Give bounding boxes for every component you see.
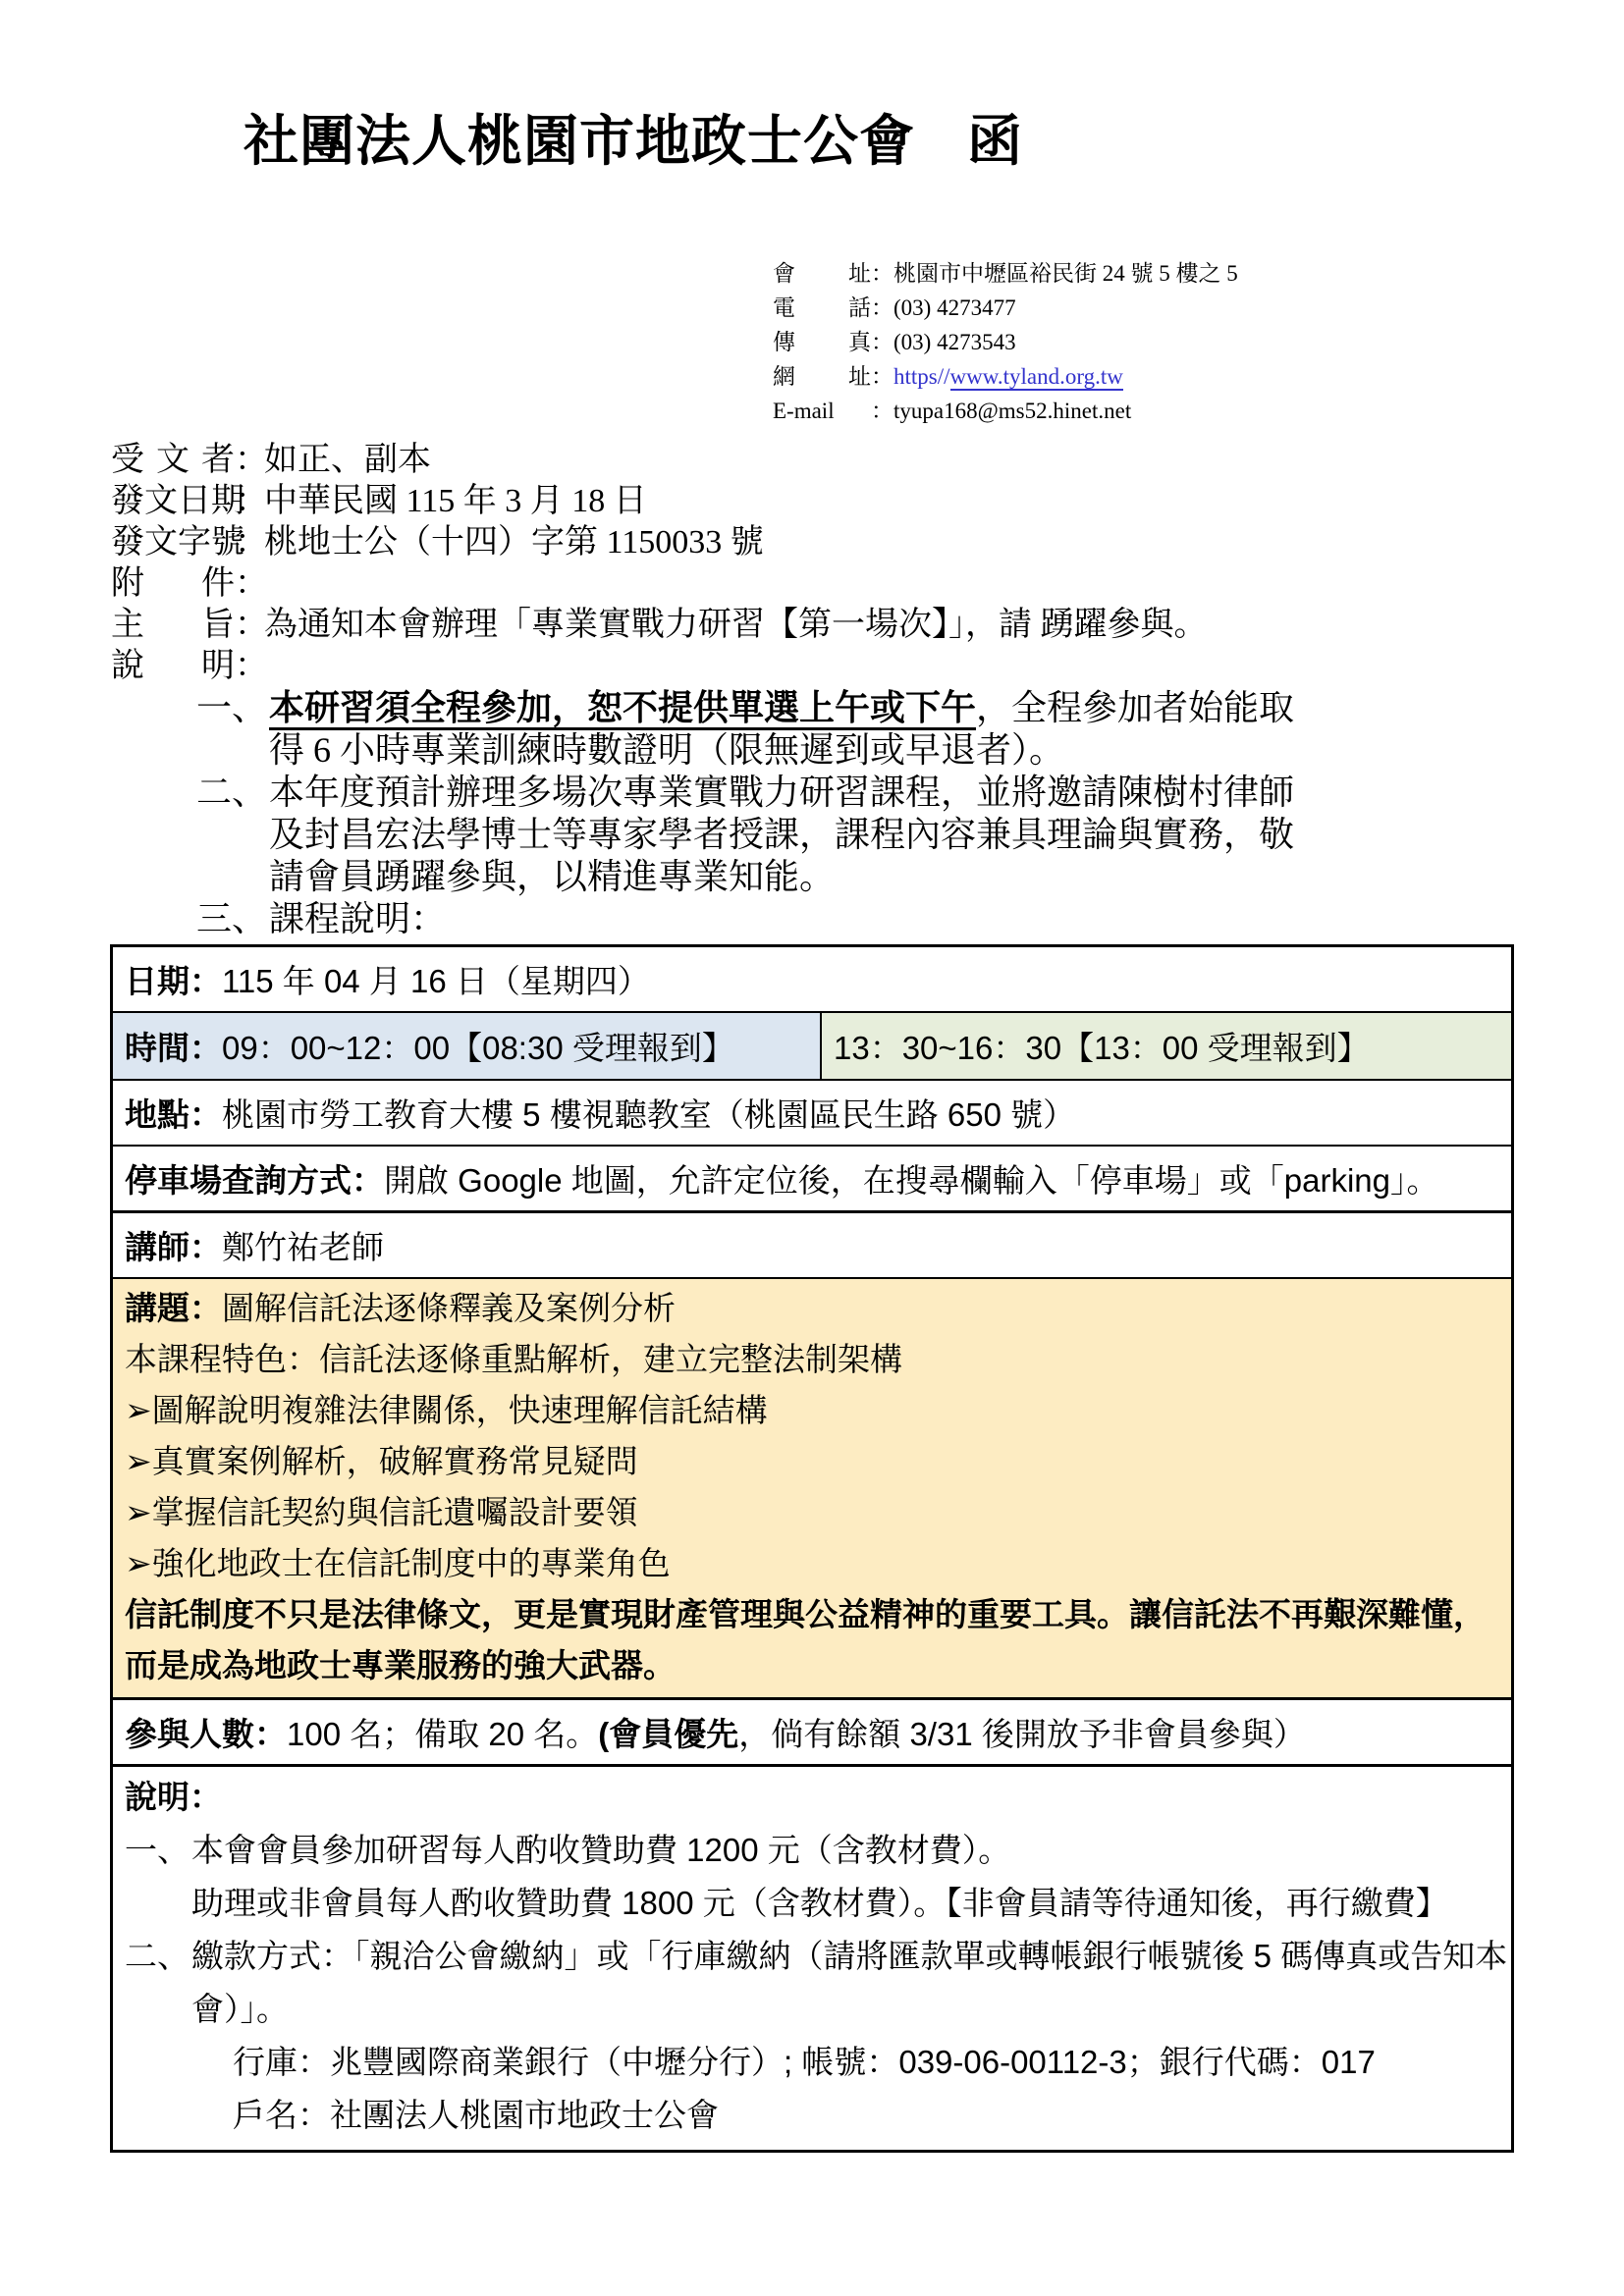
highlight-line-2: 而是成為地政士專業服務的強大武器。 — [125, 1640, 1499, 1691]
note-item-1: 一、 本研習須全程參加，恕不提供單選上午或下午，全程參加者始能取 得 6 小時專… — [196, 687, 1542, 772]
remarks-block: 說明： 一、本會會員參加研習每人酌收贊助費 1200 元（含教材費）。 助理或非… — [113, 1764, 1511, 2150]
note-2-line-3: 請會員踴躍參與，以精進專業知能。 — [269, 856, 1542, 898]
remark-1-number: 一、 — [125, 1824, 191, 1877]
highlight-line-1: 信託制度不只是法律條文，更是實現財產管理與公益精神的重要工具。讓信託法不再艱深難… — [125, 1589, 1499, 1640]
attachment-line: 附件： — [111, 563, 1544, 605]
topic-label: 講題： — [125, 1290, 222, 1326]
contact-block: 會址：桃園市中壢區裕民街 24 號 5 樓之 5 電話：(03) 4273477… — [773, 256, 1238, 428]
phone-value: (03) 4273477 — [893, 295, 1016, 320]
participants-note: ，倘有餘額 3/31 後開放予非會員參與） — [738, 1716, 1306, 1752]
time-afternoon-cell: 13：30~16：30【13：00 受理報到】 — [822, 1013, 1511, 1079]
note-2-body: 本年度預計辦理多場次專業實戰力研習課程，並將邀請陳樹村律師 及封昌宏法學博士等專… — [269, 772, 1542, 898]
remarks-heading: 說明： — [125, 1771, 1499, 1824]
feature-item: ➢強化地政士在信託制度中的專業角色 — [125, 1538, 1499, 1589]
note-1-line-1: 本研習須全程參加，恕不提供單選上午或下午，全程參加者始能取 — [269, 687, 1542, 729]
subject-value: 為通知本會辦理「專業實戰力研習【第一場次】」，請 踴躍參與。 — [264, 607, 1208, 643]
arrow-bullet-icon: ➢ — [125, 1443, 152, 1479]
note-2-line-2: 及封昌宏法學博士等專家學者授課，課程內容兼具理論與實務，敬 — [269, 814, 1542, 856]
address-value: 桃園市中壢區裕民街 24 號 5 樓之 5 — [893, 261, 1238, 286]
course-table: 日期：115 年 04 月 16 日（星期四） 時間：09：00~12：00【0… — [110, 944, 1514, 2153]
note-2-line-1: 本年度預計辦理多場次專業實戰力研習課程，並將邀請陳樹村律師 — [269, 772, 1542, 814]
participants-label: 參與人數： — [125, 1716, 287, 1752]
website-link[interactable]: www.tyland.org.tw — [950, 364, 1123, 391]
contact-fax-line: 傳真：(03) 4273543 — [773, 325, 1238, 359]
date-label: 日期： — [125, 963, 222, 999]
contact-phone-line: 電話：(03) 4273477 — [773, 291, 1238, 325]
participants-row: 參與人數：100 名；備取 20 名。(會員優先，倘有餘額 3/31 後開放予非… — [113, 1697, 1511, 1764]
remark-2-continuation: 會）」。 — [125, 1983, 1499, 2036]
note-1-line-2: 得 6 小時專業訓練時數證明（限無遲到或早退者）。 — [269, 729, 1542, 772]
recipient-line: 受文者：如正、副本 — [111, 440, 1544, 481]
note-1-number: 一、 — [196, 687, 269, 729]
colon: ： — [871, 364, 893, 389]
website-protocol: https// — [893, 364, 950, 389]
contact-address-line: 會址：桃園市中壢區裕民街 24 號 5 樓之 5 — [773, 256, 1238, 291]
phone-label: 電話 — [773, 291, 871, 325]
arrow-bullet-icon: ➢ — [125, 1494, 152, 1530]
recipient-value: 如正、副本 — [264, 442, 431, 478]
arrow-bullet-icon: ➢ — [125, 1545, 152, 1581]
issue-date-label: 發文日期 — [111, 481, 235, 522]
attachment-label: 附件 — [111, 563, 235, 605]
org-title: 社團法人桃園市地政士公會 — [244, 98, 915, 177]
parking-value: 開啟 Google 地圖，允許定位後，在搜尋欄輸入「停車場」或「parking」… — [384, 1162, 1438, 1199]
location-row: 地點：桃園市勞工教育大樓 5 樓視聽教室（桃園區民生路 650 號） — [113, 1079, 1511, 1145]
contact-email-line: E-mail：tyupa168@ms52.hinet.net — [773, 394, 1238, 428]
recipient-label: 受文者 — [111, 440, 235, 481]
location-label: 地點： — [125, 1096, 222, 1133]
note-3-number: 三、 — [196, 898, 269, 940]
account-name-line: 戶名：社團法人桃園市地政士公會 — [125, 2089, 1499, 2142]
ref-number-label: 發文字號 — [111, 522, 235, 563]
official-letter-page: 社團法人桃園市地政士公會 函 會址：桃園市中壢區裕民街 24 號 5 樓之 5 … — [0, 0, 1624, 2296]
note-item-3: 三、 課程說明： — [196, 898, 1542, 940]
participants-note-bold: (會員優先 — [598, 1716, 738, 1752]
course-features-intro: 本課程特色：信託法逐條重點解析，建立完整法制架構 — [125, 1334, 1499, 1385]
doc-type-label: 函 — [967, 98, 1022, 177]
bank-info-line: 行庫：兆豐國際商業銀行（中壢分行）; 帳號：039-06-00112-3；銀行代… — [125, 2036, 1499, 2089]
parking-label: 停車場查詢方式： — [125, 1162, 384, 1199]
arrow-bullet-icon: ➢ — [125, 1392, 152, 1428]
colon: ： — [871, 295, 893, 320]
date-row: 日期：115 年 04 月 16 日（星期四） — [113, 947, 1511, 1011]
fax-label: 傳真 — [773, 325, 871, 359]
colon: ： — [871, 330, 893, 354]
participants-value: 100 名；備取 20 名。 — [287, 1716, 598, 1752]
contact-web-line: 網址：https//www.tyland.org.tw — [773, 359, 1238, 394]
colon: ： — [871, 261, 893, 286]
description-label: 說明 — [111, 646, 235, 687]
feature-item: ➢圖解說明複雜法律關係，快速理解信託結構 — [125, 1385, 1499, 1436]
feature-item: ➢真實案例解析，破解實務常見疑問 — [125, 1436, 1499, 1487]
time-label: 時間： — [125, 1030, 222, 1066]
time-morning-value: 09：00~12：00【08:30 受理報到】 — [222, 1030, 734, 1066]
remark-1-continuation: 助理或非會員每人酌收贊助費 1800 元（含教材費）。【非會員請等待通知後，再行… — [125, 1877, 1499, 1930]
remark-1-line: 一、本會會員參加研習每人酌收贊助費 1200 元（含教材費）。 — [125, 1824, 1499, 1877]
subject-line: 主旨：為通知本會辦理「專業實戰力研習【第一場次】」，請 踴躍參與。 — [111, 605, 1544, 646]
topic-value: 圖解信託法逐條釋義及案例分析 — [222, 1290, 676, 1326]
subject-label: 主旨 — [111, 605, 235, 646]
email-label: E-mail — [773, 394, 871, 428]
time-row: 時間：09：00~12：00【08:30 受理報到】 13：30~16：30【1… — [113, 1011, 1511, 1079]
issue-date-value: 中華民國 115 年 3 月 18 日 — [264, 483, 647, 519]
note-2-number: 二、 — [196, 772, 269, 814]
remark-2-number: 二、 — [125, 1930, 191, 1983]
time-afternoon-value: 13：30~16：30【13：00 受理報到】 — [834, 1030, 1370, 1066]
topic-title-line: 講題：圖解信託法逐條釋義及案例分析 — [125, 1283, 1499, 1334]
location-value: 桃園市勞工教育大樓 5 樓視聽教室（桃園區民生路 650 號） — [222, 1096, 1075, 1133]
date-value: 115 年 04 月 16 日（星期四） — [222, 963, 650, 999]
note-1-emphasis: 本研習須全程參加，恕不提供單選上午或下午 — [269, 688, 976, 727]
topic-block: 講題：圖解信託法逐條釋義及案例分析 本課程特色：信託法逐條重點解析，建立完整法制… — [113, 1277, 1511, 1697]
issue-date-line: 發文日期：中華民國 115 年 3 月 18 日 — [111, 481, 1544, 522]
note-3-body: 課程說明： — [269, 898, 1542, 940]
document-meta: 受文者：如正、副本 發文日期：中華民國 115 年 3 月 18 日 發文字號：… — [111, 440, 1544, 687]
web-label: 網址 — [773, 359, 871, 394]
time-morning-cell: 時間：09：00~12：00【08:30 受理報到】 — [113, 1013, 822, 1079]
address-label: 會址 — [773, 256, 871, 291]
fax-value: (03) 4273543 — [893, 330, 1016, 354]
description-line: 說明： — [111, 646, 1544, 687]
feature-item: ➢掌握信託契約與信託遺囑設計要領 — [125, 1487, 1499, 1538]
parking-row: 停車場查詢方式：開啟 Google 地圖，允許定位後，在搜尋欄輸入「停車場」或「… — [113, 1145, 1511, 1210]
remark-2-line: 二、繳款方式：「親洽公會繳納」或「行庫繳納（請將匯款單或轉帳銀行帳號後 5 碼傳… — [125, 1930, 1499, 1983]
note-1-body: 本研習須全程參加，恕不提供單選上午或下午，全程參加者始能取 得 6 小時專業訓練… — [269, 687, 1542, 772]
ref-number-value: 桃地士公（十四）字第 1150033 號 — [264, 524, 764, 561]
lecturer-value: 鄭竹祐老師 — [222, 1229, 384, 1265]
lecturer-label: 講師： — [125, 1229, 222, 1265]
email-value: tyupa168@ms52.hinet.net — [893, 399, 1131, 423]
lecturer-row: 講師：鄭竹祐老師 — [113, 1210, 1511, 1277]
note-item-2: 二、 本年度預計辦理多場次專業實戰力研習課程，並將邀請陳樹村律師 及封昌宏法學博… — [196, 772, 1542, 898]
colon: ： — [871, 399, 893, 423]
ref-number-line: 發文字號：桃地士公（十四）字第 1150033 號 — [111, 522, 1544, 563]
notes-list: 一、 本研習須全程參加，恕不提供單選上午或下午，全程參加者始能取 得 6 小時專… — [196, 687, 1542, 940]
